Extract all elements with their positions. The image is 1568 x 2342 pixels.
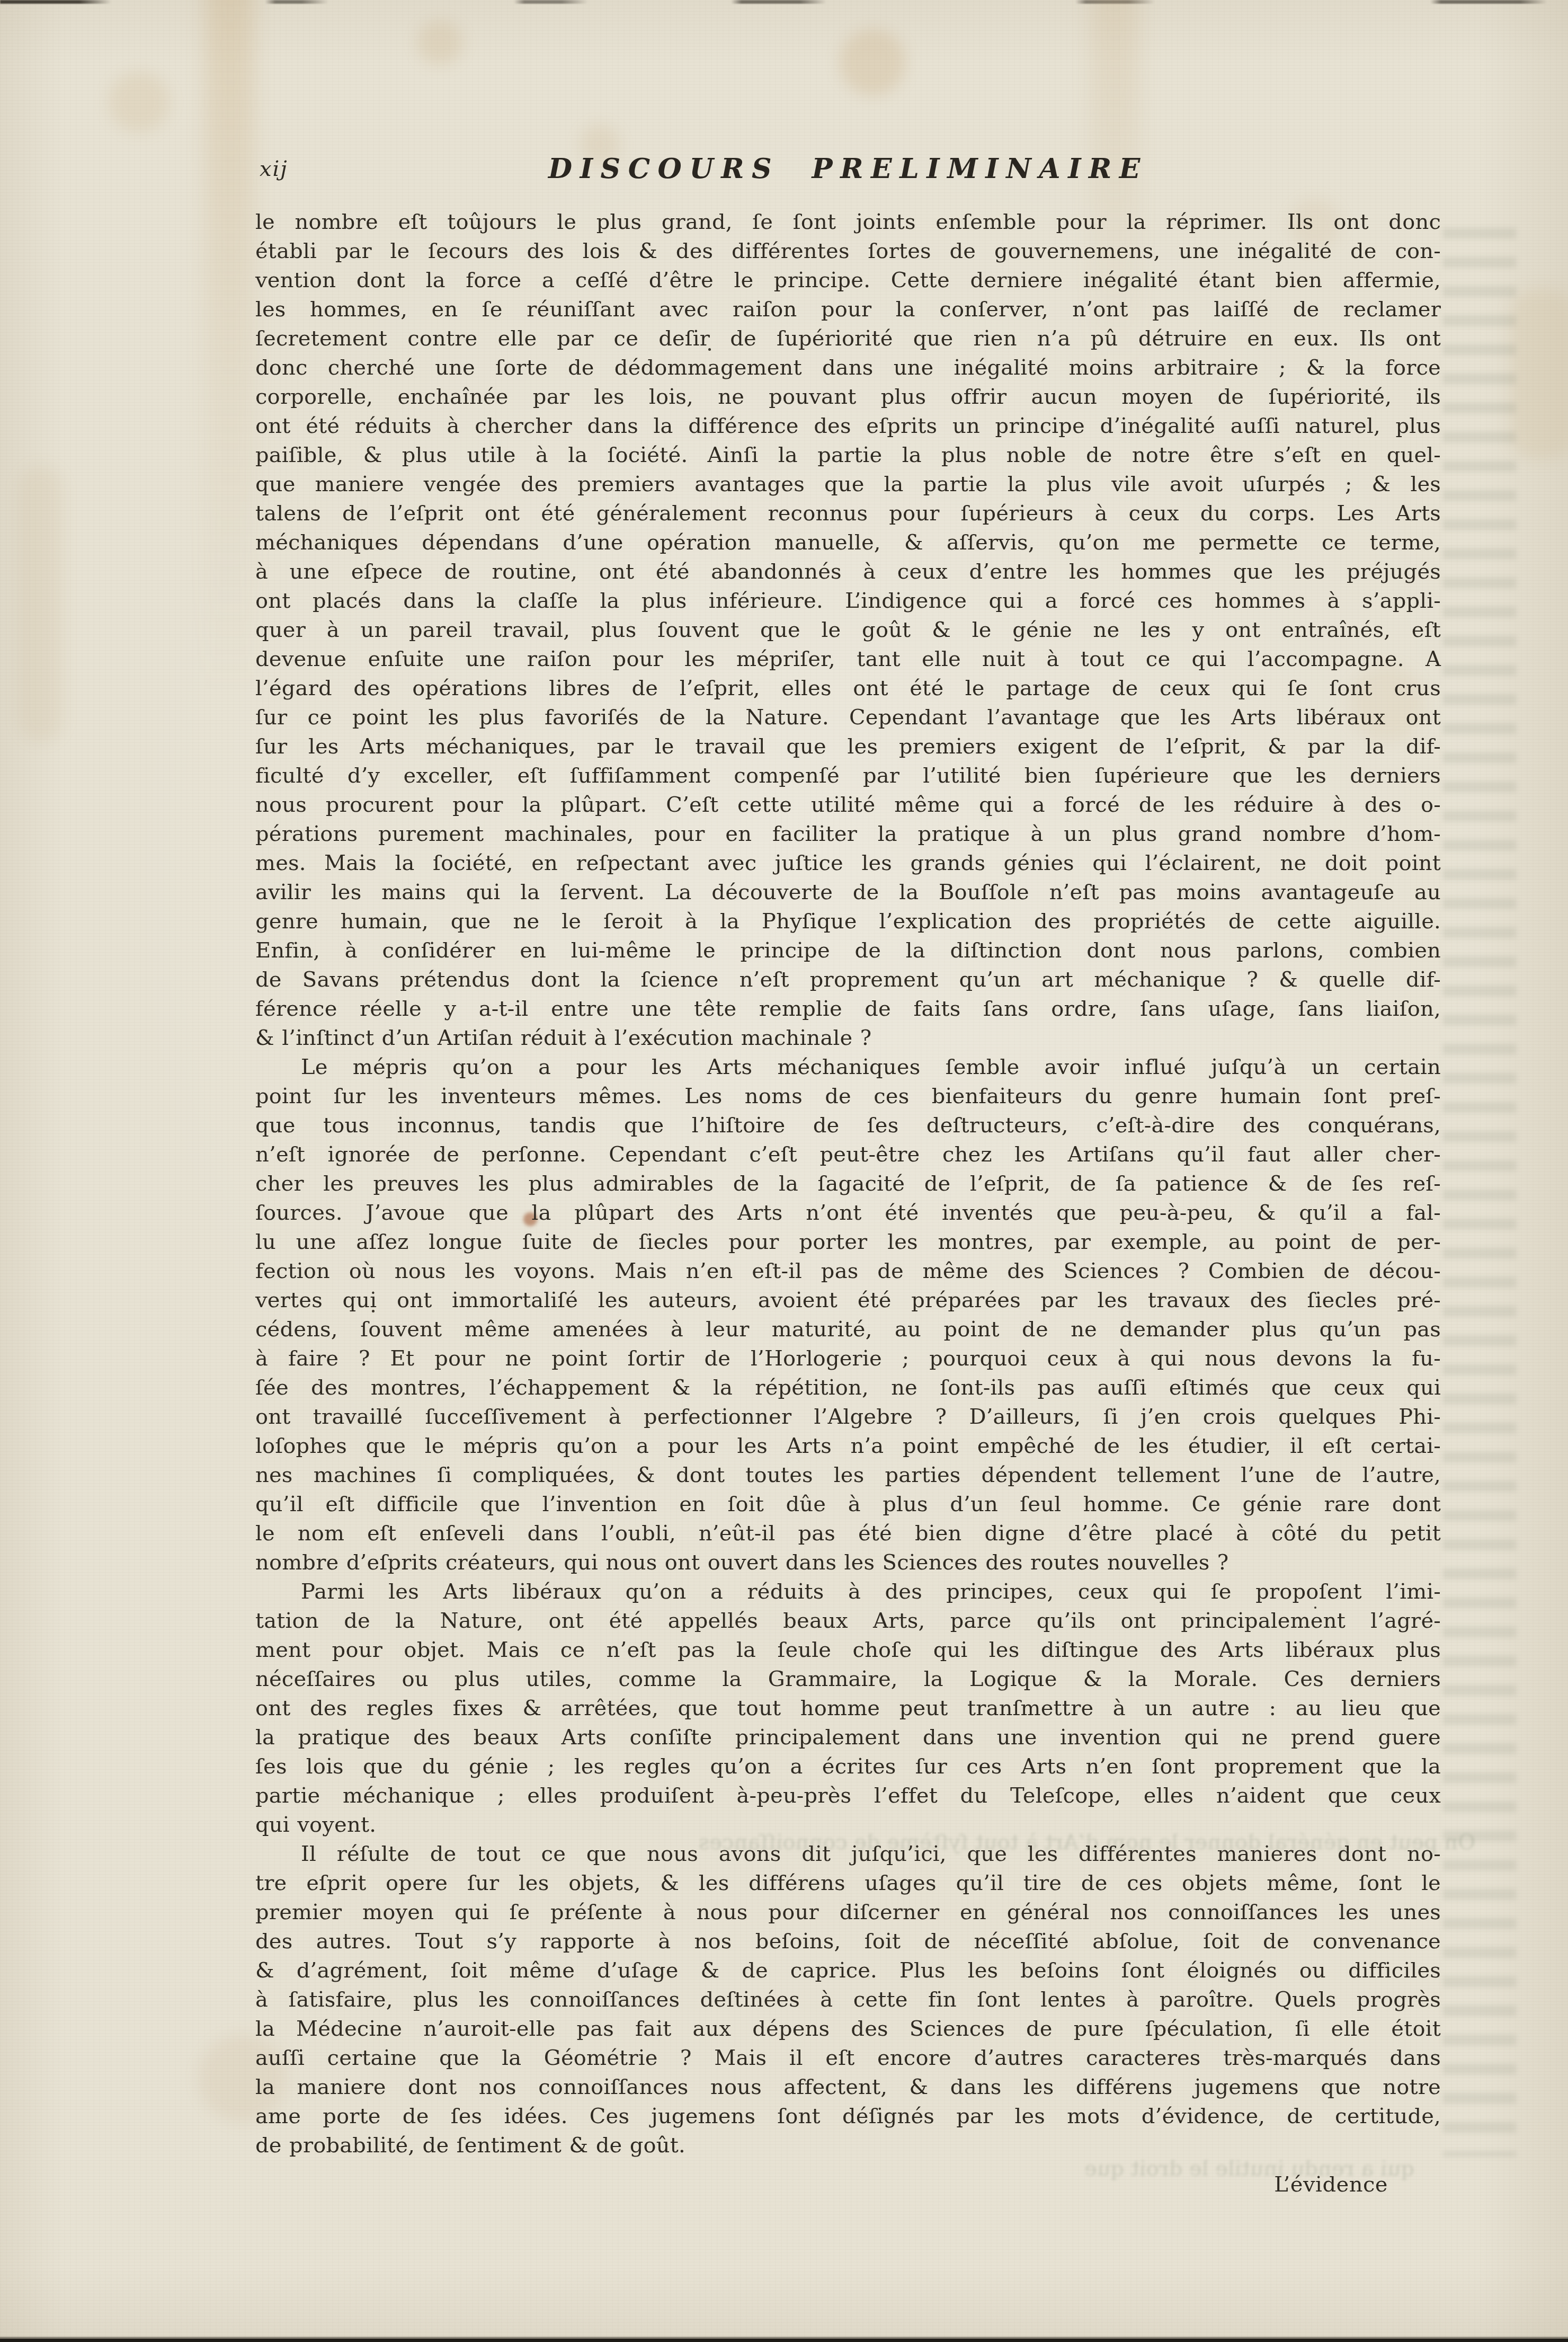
text-line: que tous inconnus, tandis que l’hiſtoire… (255, 1111, 1441, 1140)
text-line: & d’agrément, ſoit même d’uſage & de cap… (255, 1956, 1441, 1985)
text-line: lu une aſſez longue ſuite de ſiecles pou… (255, 1228, 1441, 1257)
text-block: le nombre eſt toûjours le plus grand, ſe… (255, 208, 1441, 2160)
text-line: l’égard des opérations libres de l’eſpri… (255, 674, 1441, 703)
text-line: nes machines ſi compliquées, & dont tout… (255, 1461, 1441, 1490)
text-line: ſes lois que du génie ; les regles qu’on… (255, 1752, 1441, 1781)
text-line: vertes qui ont immortaliſé les auteurs, … (255, 1286, 1441, 1315)
text-line: ſources. J’avoue que la plûpart des Arts… (255, 1199, 1441, 1228)
foxing-streak (19, 466, 64, 742)
text-line: ment pour objet. Mais ce n’eſt pas la ſe… (255, 1636, 1441, 1665)
text-line: qui voyent. (255, 1811, 1441, 1840)
text-line: ame porte de ſes idées. Ces jugemens ſon… (255, 2102, 1441, 2131)
text-line: de Savans prétendus dont la ſcience n’eſ… (255, 965, 1441, 995)
text-line: établi par le ſecours des lois & des dif… (255, 237, 1441, 266)
text-line: ont travaillé ſucceſſivement à perfectio… (255, 1403, 1441, 1432)
text-line: nous procurent pour la plûpart. C’eſt ce… (255, 791, 1441, 820)
text-line: corporelle, enchaînée par les lois, ne p… (255, 383, 1441, 412)
text-line: Parmi les Arts libéraux qu’on a réduits … (255, 1577, 1441, 1607)
text-line: ficulté d’y exceller, eſt ſuffiſamment c… (255, 761, 1441, 791)
text-line: ſur ce point les plus favoriſés de la Na… (255, 703, 1441, 732)
text-line: paiſible, & plus utile à la ſociété. Ain… (255, 441, 1441, 470)
text-line: des autres. Tout s’y rapporte à nos beſo… (255, 1927, 1441, 1956)
text-line: Le mépris qu’on a pour les Arts méchaniq… (255, 1053, 1441, 1082)
text-line: tation de la Nature, ont été appellés be… (255, 1607, 1441, 1636)
bleedthrough-margin-column (1443, 228, 1516, 2157)
text-line: à faire ? Et pour ne point ſortir de l’H… (255, 1344, 1441, 1373)
text-line: quer à un pareil travail, plus ſouvent q… (255, 616, 1441, 645)
foxing-spot (840, 29, 906, 95)
text-line: Il réſulte de tout ce que nous avons dit… (255, 1840, 1441, 1869)
text-line: mes. Mais la ſociété, en reſpectant avec… (255, 849, 1441, 878)
text-line: la maniere dont nos connoiſſances nous a… (255, 2073, 1441, 2102)
text-line: la Médecine n’auroit-elle pas fait aux d… (255, 2015, 1441, 2044)
text-line: néceſſaires ou plus utiles, comme la Gra… (255, 1665, 1441, 1694)
foxing-streak (1511, 289, 1568, 458)
text-line: ont été réduits à chercher dans la diffé… (255, 412, 1441, 441)
text-line: point ſur les inventeurs mêmes. Les noms… (255, 1082, 1441, 1111)
text-line: avilir les mains qui la ſervent. La déco… (255, 878, 1441, 907)
text-line: à ſatisfaire, plus les connoiſſances deſ… (255, 1985, 1441, 2015)
foxing-spot (417, 20, 462, 65)
text-line: les hommes, en ſe réuniſſant avec raiſon… (255, 295, 1441, 324)
text-line: ſée des montres, l’échappement & la répé… (255, 1373, 1441, 1403)
text-line: à une eſpece de routine, ont été abandon… (255, 557, 1441, 587)
text-line: le nom eſt enſeveli dans l’oubli, n’eût-… (255, 1519, 1441, 1548)
text-line: donc cherché une ſorte de dédommagement … (255, 353, 1441, 383)
text-line: ſur les Arts méchaniques, par le travail… (255, 732, 1441, 761)
text-line: & l’inſtinct d’un Artiſan réduit à l’exé… (255, 1024, 1441, 1053)
text-line: premier moyen qui ſe préſente à nous pou… (255, 1898, 1441, 1927)
text-line: la pratique des beaux Arts conſiſte prin… (255, 1723, 1441, 1752)
text-line: loſophes que le mépris qu’on a pour les … (255, 1432, 1441, 1461)
text-line: devenue enſuite une raiſon pour les mépr… (255, 645, 1441, 674)
text-line: fection où nous les voyons. Mais n’en eſ… (255, 1257, 1441, 1286)
scan-edge-bottom (0, 2336, 1568, 2342)
text-line: n’eſt ignorée de perſonne. Cependant c’e… (255, 1140, 1441, 1169)
text-line: vention dont la force a ceſſé d’être le … (255, 266, 1441, 295)
text-line: qu’il eſt difficile que l’invention en ſ… (255, 1490, 1441, 1519)
text-line: méchaniques dépendans d’une opération ma… (255, 528, 1441, 557)
text-line: que maniere vengée des premiers avantage… (255, 470, 1441, 499)
scanned-book-page: { "header": { "page_number": "xij", "tit… (0, 0, 1568, 2342)
text-line: tre eſprit opere ſur les objets, & les d… (255, 1869, 1441, 1898)
text-line: talens de l’eſprit ont été généralement … (255, 499, 1441, 528)
text-line: le nombre eſt toûjours le plus grand, ſe… (255, 208, 1441, 237)
text-line: ont des regles fixes & arrêtées, que tou… (255, 1694, 1441, 1723)
text-line: ſecretement contre elle par ce deſir de … (255, 324, 1441, 353)
text-line: Enfin, à conſidérer en lui-même le princ… (255, 936, 1441, 965)
text-line: nombre d’eſprits créateurs, qui nous ont… (255, 1548, 1441, 1577)
text-line: cher les preuves les plus admirables de … (255, 1169, 1441, 1199)
text-line: genre humain, que ne le ſeroit à la Phyſ… (255, 907, 1441, 936)
foxing-streak (206, 0, 254, 737)
foxing-spot (109, 72, 170, 132)
text-line: partie méchanique ; elles produiſent à-p… (255, 1781, 1441, 1811)
text-line: férence réelle y a-t-il entre une tête r… (255, 995, 1441, 1024)
text-line: pérations purement machinales, pour en f… (255, 820, 1441, 849)
catchword: L’évidence (1274, 2172, 1388, 2197)
page-title: DISCOURS PRELIMINAIRE (255, 153, 1441, 185)
text-line: cédens, ſouvent même amenées à leur matu… (255, 1315, 1441, 1344)
text-line: auſſi certaine que la Géométrie ? Mais i… (255, 2044, 1441, 2073)
scan-edge-top (0, 0, 1568, 4)
text-line: de probabilité, de ſentiment & de goût. (255, 2131, 1441, 2160)
text-line: ont placés dans la claſſe la plus inféri… (255, 587, 1441, 616)
